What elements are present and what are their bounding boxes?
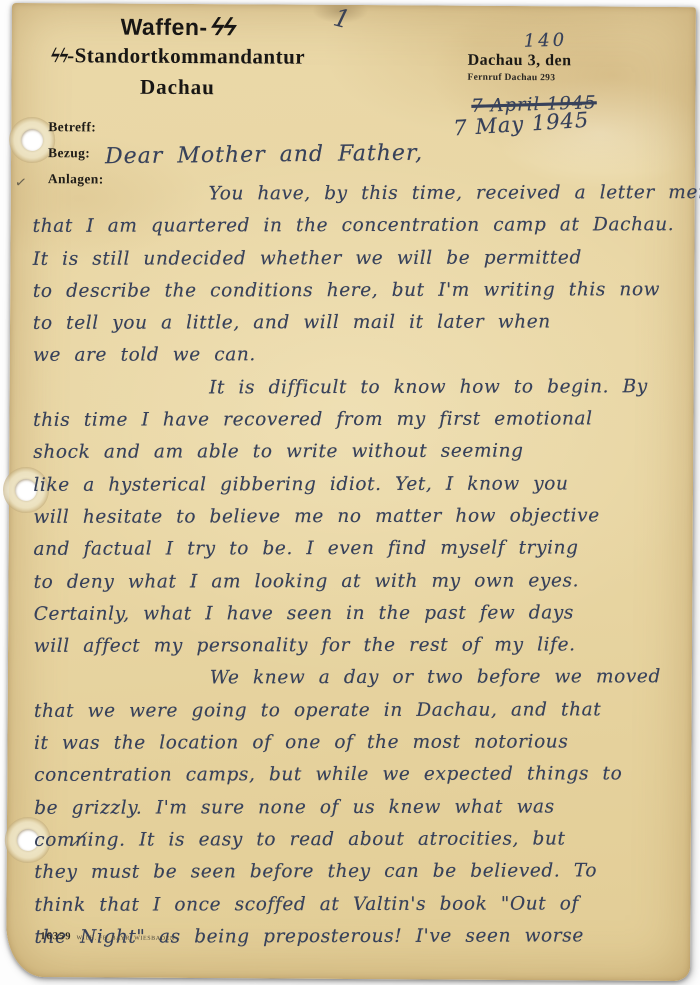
printer-imprint: 16359WILH. FR. BAYR, WIESBADEN <box>40 926 175 945</box>
letter-line: Certainly, what I have seen in the past … <box>34 597 670 631</box>
ss-runes-icon: ϟϟ <box>49 43 69 68</box>
letter-paper: 1 Waffen-ϟϟ ϟϟ-Standortkommandantur Dach… <box>6 3 696 981</box>
letterhead-waffen-ss: Waffen-ϟϟ <box>40 12 316 43</box>
ss-runes-icon: ϟϟ <box>209 13 237 42</box>
form-label-betreff: Betreff: <box>48 119 104 145</box>
letter-line: concentration camps, but while we expect… <box>34 759 670 793</box>
letter-line: You have, by this time, received a lette… <box>33 177 669 211</box>
print-number: 16359 <box>40 931 71 942</box>
letter-line: will affect my personality for the rest … <box>34 629 670 663</box>
letter-body: You have, by this time, received a lette… <box>33 177 671 954</box>
printed-phone-line: Fernruf Dachau 293 <box>468 73 556 84</box>
printed-place-line: Dachau 3, den <box>468 52 572 71</box>
letter-line: to deny what I am looking at with my own… <box>34 565 670 599</box>
handwritten-number-140: 140 <box>523 30 567 52</box>
scanned-letter-page: 1 Waffen-ϟϟ ϟϟ-Standortkommandantur Dach… <box>0 0 700 985</box>
letter-line: this time I have recovered from my first… <box>33 403 669 437</box>
printer-name: WILH. FR. BAYR, WIESBADEN <box>77 935 175 942</box>
punch-hole-opening <box>21 129 43 151</box>
letter-line: that we were going to operate in Dachau,… <box>34 694 670 728</box>
letter-line: will hesitate to believe me no matter ho… <box>33 500 669 534</box>
waffen-text: Waffen- <box>121 14 208 41</box>
letter-line: We knew a day or two before we moved <box>34 662 670 696</box>
letter-line: it was the location of one of the most n… <box>34 726 670 760</box>
handwritten-page-number: 1 <box>331 2 354 34</box>
letter-line: we are told we can. <box>33 339 669 373</box>
letter-line: they must be seen before they can be bel… <box>34 855 670 889</box>
letter-line: to tell you a little, and will mail it l… <box>33 306 669 340</box>
letter-line: be grizzly. I'm sure none of us knew wha… <box>34 791 670 825</box>
letter-line: think that I once scoffed at Valtin's bo… <box>34 888 670 922</box>
letter-line: It is difficult to know how to begin. By <box>33 371 669 405</box>
letter-line: comn̸ing. It is easy to read about atroc… <box>34 823 670 857</box>
letter-line: that I am quartered in the concentration… <box>33 209 669 243</box>
letterhead-unit-name: ϟϟ-Standortkommandantur <box>40 43 316 70</box>
letter-salutation: Dear Mother and Father, <box>105 141 423 170</box>
letter-line: and factual I try to be. I even find mys… <box>33 532 669 566</box>
printed-letterhead: Waffen-ϟϟ ϟϟ-Standortkommandantur Dachau <box>39 12 316 101</box>
pencil-check-mark: ✓ <box>14 174 28 193</box>
letter-line: like a hysterical gibbering idiot. Yet, … <box>33 468 669 502</box>
letter-line: shock and am able to write without seemi… <box>33 436 669 470</box>
form-label-bezug: Bezug: <box>48 145 104 171</box>
letter-line: It is still undecided whether we will be… <box>33 242 669 276</box>
unit-name-text: -Standortkommandantur <box>67 43 305 68</box>
letterhead-location: Dachau <box>39 74 315 101</box>
letter-line: to describe the conditions here, but I'm… <box>33 274 669 308</box>
